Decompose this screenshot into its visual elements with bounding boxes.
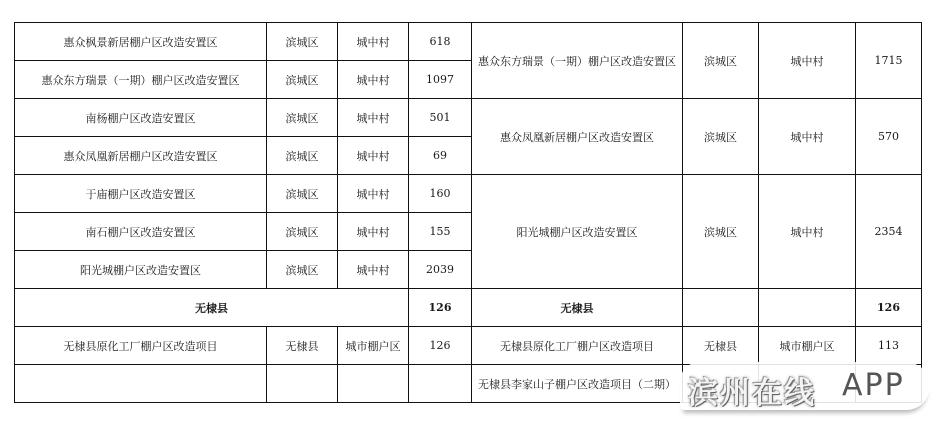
- district: 滨城区: [683, 99, 759, 175]
- district: 滨城区: [267, 23, 338, 61]
- count: 1715: [856, 23, 922, 99]
- project-name: 惠众枫景新居棚户区改造安置区: [15, 23, 267, 61]
- project-name: 惠众凤凰新居棚户区改造安置区: [15, 137, 267, 175]
- type: 城中村: [759, 99, 856, 175]
- count: 570: [856, 99, 922, 175]
- district: 滨城区: [267, 175, 338, 213]
- county-total: 126: [409, 289, 472, 327]
- district: 滨城区: [267, 99, 338, 137]
- type: [338, 365, 409, 403]
- project-name: [15, 365, 267, 403]
- empty-cell: [759, 289, 856, 327]
- type: 城中村: [338, 137, 409, 175]
- type: 城中村: [338, 23, 409, 61]
- district: 滨城区: [267, 251, 338, 289]
- project-name: 无棣县李家山子棚户区改造项目（二期）: [472, 365, 683, 403]
- table-row: 惠众枫景新居棚户区改造安置区 滨城区 城中村 618 惠众东方瑞景（一期）棚户区…: [15, 23, 922, 61]
- count: [409, 365, 472, 403]
- project-name: 于庙棚户区改造安置区: [15, 175, 267, 213]
- housing-project-table: 惠众枫景新居棚户区改造安置区 滨城区 城中村 618 惠众东方瑞景（一期）棚户区…: [14, 22, 922, 403]
- project-name: 阳光城棚户区改造安置区: [472, 175, 683, 289]
- district: 滨城区: [683, 175, 759, 289]
- type: 城中村: [338, 99, 409, 137]
- table-row: 无棣县原化工厂棚户区改造项目 无棣县 城市棚户区 126 无棣县原化工厂棚户区改…: [15, 327, 922, 365]
- project-name: 阳光城棚户区改造安置区: [15, 251, 267, 289]
- empty-cell: [683, 289, 759, 327]
- type: 城中村: [338, 213, 409, 251]
- district: 滨城区: [683, 23, 759, 99]
- project-name: 无棣县原化工厂棚户区改造项目: [15, 327, 267, 365]
- district: 无棣县: [683, 327, 759, 365]
- watermark-logo: 滨州在线 APP: [680, 362, 930, 422]
- type: 城中村: [338, 61, 409, 99]
- type: 城中村: [338, 251, 409, 289]
- count: 113: [856, 327, 922, 365]
- type: 城中村: [759, 175, 856, 289]
- count: 501: [409, 99, 472, 137]
- county-name: 无棣县: [15, 289, 409, 327]
- project-name: 惠众东方瑞景（一期）棚户区改造安置区: [472, 23, 683, 99]
- subtotal-row: 无棣县 126 无棣县 126: [15, 289, 922, 327]
- type: 城市棚户区: [338, 327, 409, 365]
- district: 滨城区: [267, 61, 338, 99]
- count: 2354: [856, 175, 922, 289]
- count: 155: [409, 213, 472, 251]
- count: 618: [409, 23, 472, 61]
- watermark-text: 滨州在线: [688, 368, 816, 412]
- project-name: 惠众东方瑞景（一期）棚户区改造安置区: [15, 61, 267, 99]
- count: 126: [409, 327, 472, 365]
- count: 160: [409, 175, 472, 213]
- project-name: 南杨棚户区改造安置区: [15, 99, 267, 137]
- type: 城市棚户区: [759, 327, 856, 365]
- count: 2039: [409, 251, 472, 289]
- type: 城中村: [338, 175, 409, 213]
- count: 69: [409, 137, 472, 175]
- count: 1097: [409, 61, 472, 99]
- project-name: 惠众凤凰新居棚户区改造安置区: [472, 99, 683, 175]
- county-name: 无棣县: [472, 289, 683, 327]
- table-row: 南杨棚户区改造安置区 滨城区 城中村 501 惠众凤凰新居棚户区改造安置区 滨城…: [15, 99, 922, 137]
- county-total: 126: [856, 289, 922, 327]
- watermark-app-label: APP: [842, 368, 905, 403]
- project-name: 无棣县原化工厂棚户区改造项目: [472, 327, 683, 365]
- table-row: 于庙棚户区改造安置区 滨城区 城中村 160 阳光城棚户区改造安置区 滨城区 城…: [15, 175, 922, 213]
- district: 滨城区: [267, 213, 338, 251]
- district: 滨城区: [267, 137, 338, 175]
- district: [267, 365, 338, 403]
- district: 无棣县: [267, 327, 338, 365]
- project-name: 南石棚户区改造安置区: [15, 213, 267, 251]
- type: 城中村: [759, 23, 856, 99]
